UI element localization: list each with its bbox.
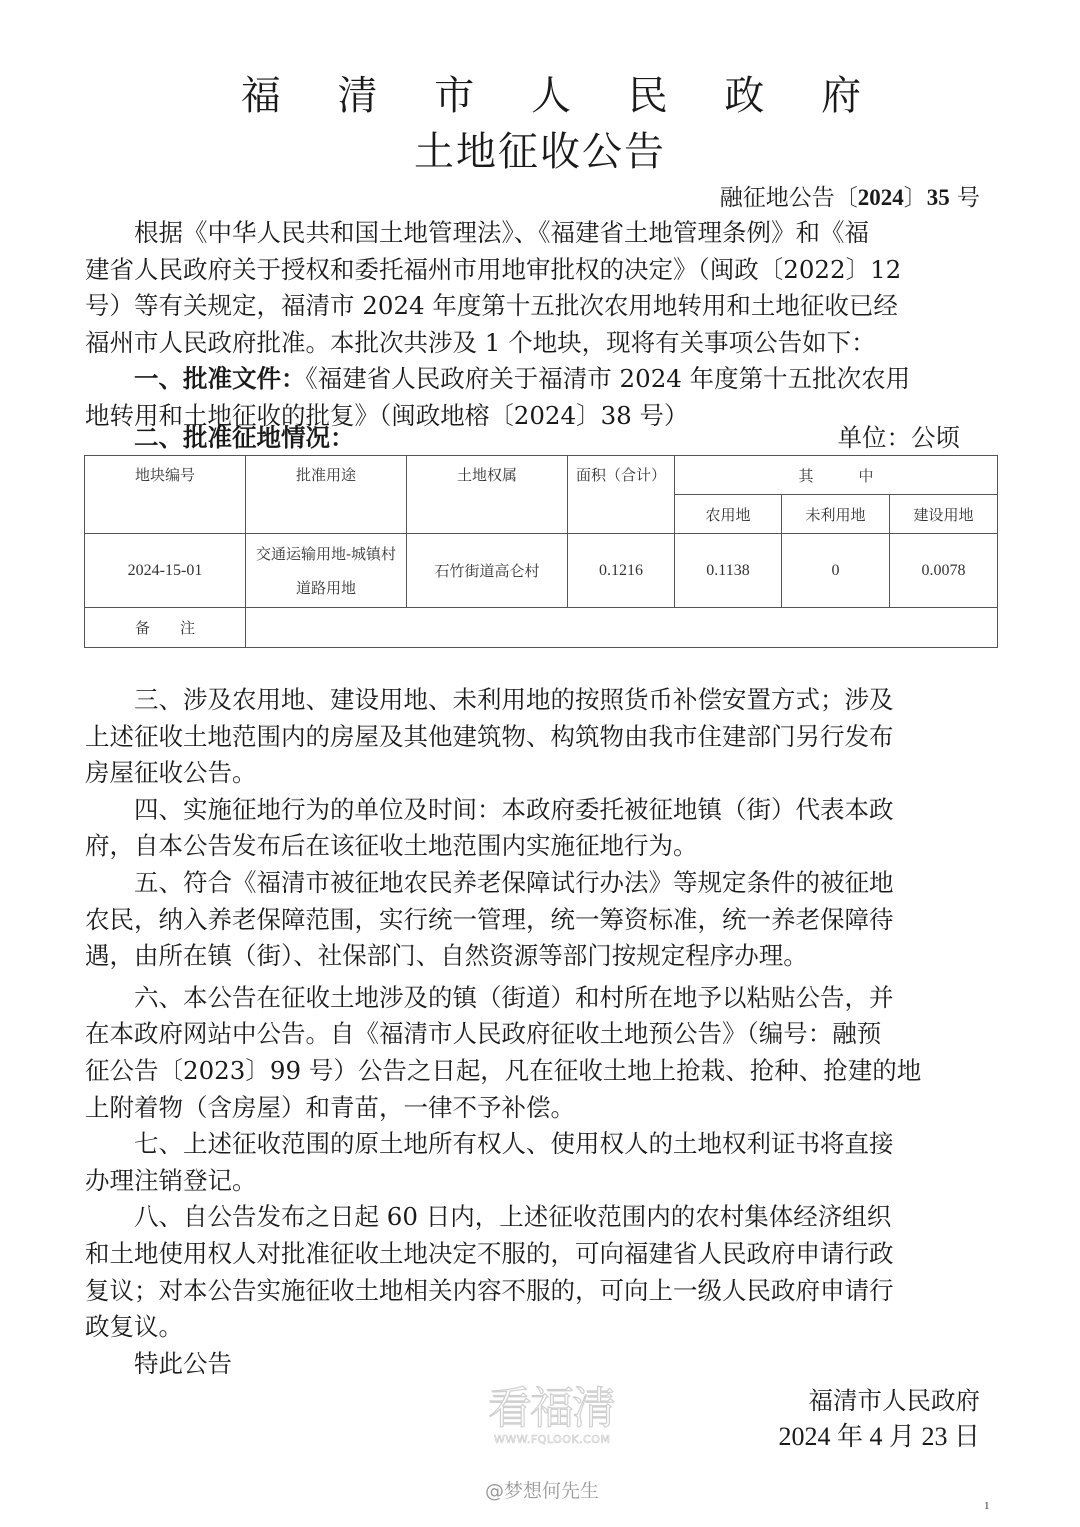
- cell-parcel-id: 2024-15-01: [85, 534, 246, 608]
- cell-approved-use: 交通运输用地-城镇村 道路用地: [246, 534, 407, 608]
- table-header-row: 地块编号 批准用途 土地权属 面积（合计） 其 中: [85, 456, 998, 495]
- remark-value: [246, 608, 998, 648]
- doc-number-mid: 〕: [904, 185, 927, 211]
- section8-line: 八、自公告发布之日起 60 日内，上述征收范围内的农村集体经济组织: [85, 1199, 982, 1236]
- cell-agricultural: 0.1138: [675, 534, 782, 608]
- approved-use-line1: 交通运输用地-城镇村: [246, 537, 406, 571]
- section6-line: 上附着物（含房屋）和青苗，一律不予补偿。: [85, 1090, 982, 1127]
- section1-text: 《福建省人民政府关于福清市 2024 年度第十五批次农用: [306, 364, 911, 393]
- header-agricultural: 农用地: [675, 495, 782, 534]
- header-area-total: 面积（合计）: [568, 456, 675, 534]
- header-of-which: 其 中: [675, 456, 998, 495]
- table-remark-row: 备 注: [85, 608, 998, 648]
- land-acquisition-table: 地块编号 批准用途 土地权属 面积（合计） 其 中 农用地 未利用地 建设用地 …: [84, 455, 998, 648]
- header-unused: 未利用地: [782, 495, 890, 534]
- signature-date: 2024 年 4 月 23 日: [778, 1419, 980, 1456]
- header-parcel-id: 地块编号: [85, 456, 246, 534]
- section1-heading: 一、批准文件：: [134, 364, 306, 393]
- intro-line: 建省人民政府关于授权和委托福州市用地审批权的决定》（闽政〔2022〕12: [85, 252, 982, 289]
- header-land-ownership: 土地权属: [407, 456, 568, 534]
- unit-label: 单位：公顷: [838, 420, 961, 456]
- section5-line: 遇，由所在镇（街）、社保部门、自然资源等部门按规定程序办理。: [85, 938, 982, 975]
- watermark-url: WWW.FQLOOK.COM: [494, 1433, 610, 1446]
- section3-line: 三、涉及农用地、建设用地、未利用地的按照货币补偿安置方式；涉及: [85, 682, 982, 719]
- section7-line: 七、上述征收范围的原土地所有权人、使用权人的土地权利证书将直接: [85, 1126, 982, 1163]
- body-sections: 三、涉及农用地、建设用地、未利用地的按照货币补偿安置方式；涉及 上述征收土地范围…: [85, 682, 982, 1382]
- doc-number-suffix: 号: [950, 185, 980, 211]
- closing-text: 特此公告: [85, 1346, 982, 1383]
- cell-area-total: 0.1216: [568, 534, 675, 608]
- document-number: 融征地公告〔2024〕35 号: [720, 183, 980, 213]
- section2-heading: 二、批准征地情况：: [134, 420, 355, 456]
- intro-paragraph: 根据《中华人民共和国土地管理法》、《福建省土地管理条例》和《福 建省人民政府关于…: [85, 215, 982, 435]
- watermark-user: @梦想何先生: [485, 1476, 599, 1503]
- section3-line: 上述征收土地范围内的房屋及其他建筑物、构筑物由我市住建部门另行发布: [85, 719, 982, 756]
- section8-line: 复议；对本公告实施征收土地相关内容不服的，可向上一级人民政府申请行: [85, 1273, 982, 1310]
- document-title: 土地征收公告: [0, 128, 1080, 176]
- cell-construction: 0.0078: [890, 534, 998, 608]
- doc-number-year: 2024: [858, 185, 904, 210]
- cell-unused: 0: [782, 534, 890, 608]
- section8-line: 和土地使用权人对批准征收土地决定不服的，可向福建省人民政府申请行政: [85, 1236, 982, 1273]
- issuer-heading: 福 清 市 人 民 政 府: [0, 72, 1080, 120]
- intro-line: 号）等有关规定，福清市 2024 年度第十五批次农用地转用和土地征收已经: [85, 288, 982, 325]
- intro-line: 福州市人民政府批准。本批次共涉及 1 个地块，现将有关事项公告如下：: [85, 325, 982, 362]
- signature-issuer: 福清市人民政府: [809, 1383, 981, 1420]
- section6-line: 在本政府网站中公告。自《福清市人民政府征收土地预公告》（编号：融预: [85, 1016, 982, 1053]
- section6-line: 六、本公告在征收土地涉及的镇（街道）和村所在地予以粘贴公告，并: [85, 980, 982, 1017]
- doc-number-prefix: 融征地公告〔: [720, 185, 858, 211]
- page-number: 1: [984, 1500, 990, 1512]
- section5-line: 五、符合《福清市被征地农民养老保障试行办法》等规定条件的被征地: [85, 865, 982, 902]
- header-construction: 建设用地: [890, 495, 998, 534]
- doc-number-num: 35: [927, 185, 950, 210]
- intro-line: 根据《中华人民共和国土地管理法》、《福建省土地管理条例》和《福: [85, 215, 982, 252]
- watermark-logo: 看福清: [488, 1386, 614, 1432]
- section1-line: 一、批准文件：《福建省人民政府关于福清市 2024 年度第十五批次农用: [85, 361, 982, 398]
- section3-line: 房屋征收公告。: [85, 755, 982, 792]
- section7-line: 办理注销登记。: [85, 1163, 982, 1200]
- remark-label: 备 注: [85, 608, 246, 648]
- header-approved-use: 批准用途: [246, 456, 407, 534]
- section6-line: 征公告〔2023〕99 号）公告之日起，凡在征收土地上抢栽、抢种、抢建的地: [85, 1053, 982, 1090]
- approved-use-line2: 道路用地: [246, 571, 406, 605]
- section4-line: 府，自本公告发布后在该征收土地范围内实施征地行为。: [85, 828, 982, 865]
- cell-land-ownership: 石竹街道高仑村: [407, 534, 568, 608]
- section4-line: 四、实施征地行为的单位及时间：本政府委托被征地镇（街）代表本政: [85, 792, 982, 829]
- section8-line: 政复议。: [85, 1309, 982, 1346]
- section5-line: 农民，纳入养老保障范围，实行统一管理，统一筹资标准，统一养老保障待: [85, 902, 982, 939]
- table-row: 2024-15-01 交通运输用地-城镇村 道路用地 石竹街道高仑村 0.121…: [85, 534, 998, 608]
